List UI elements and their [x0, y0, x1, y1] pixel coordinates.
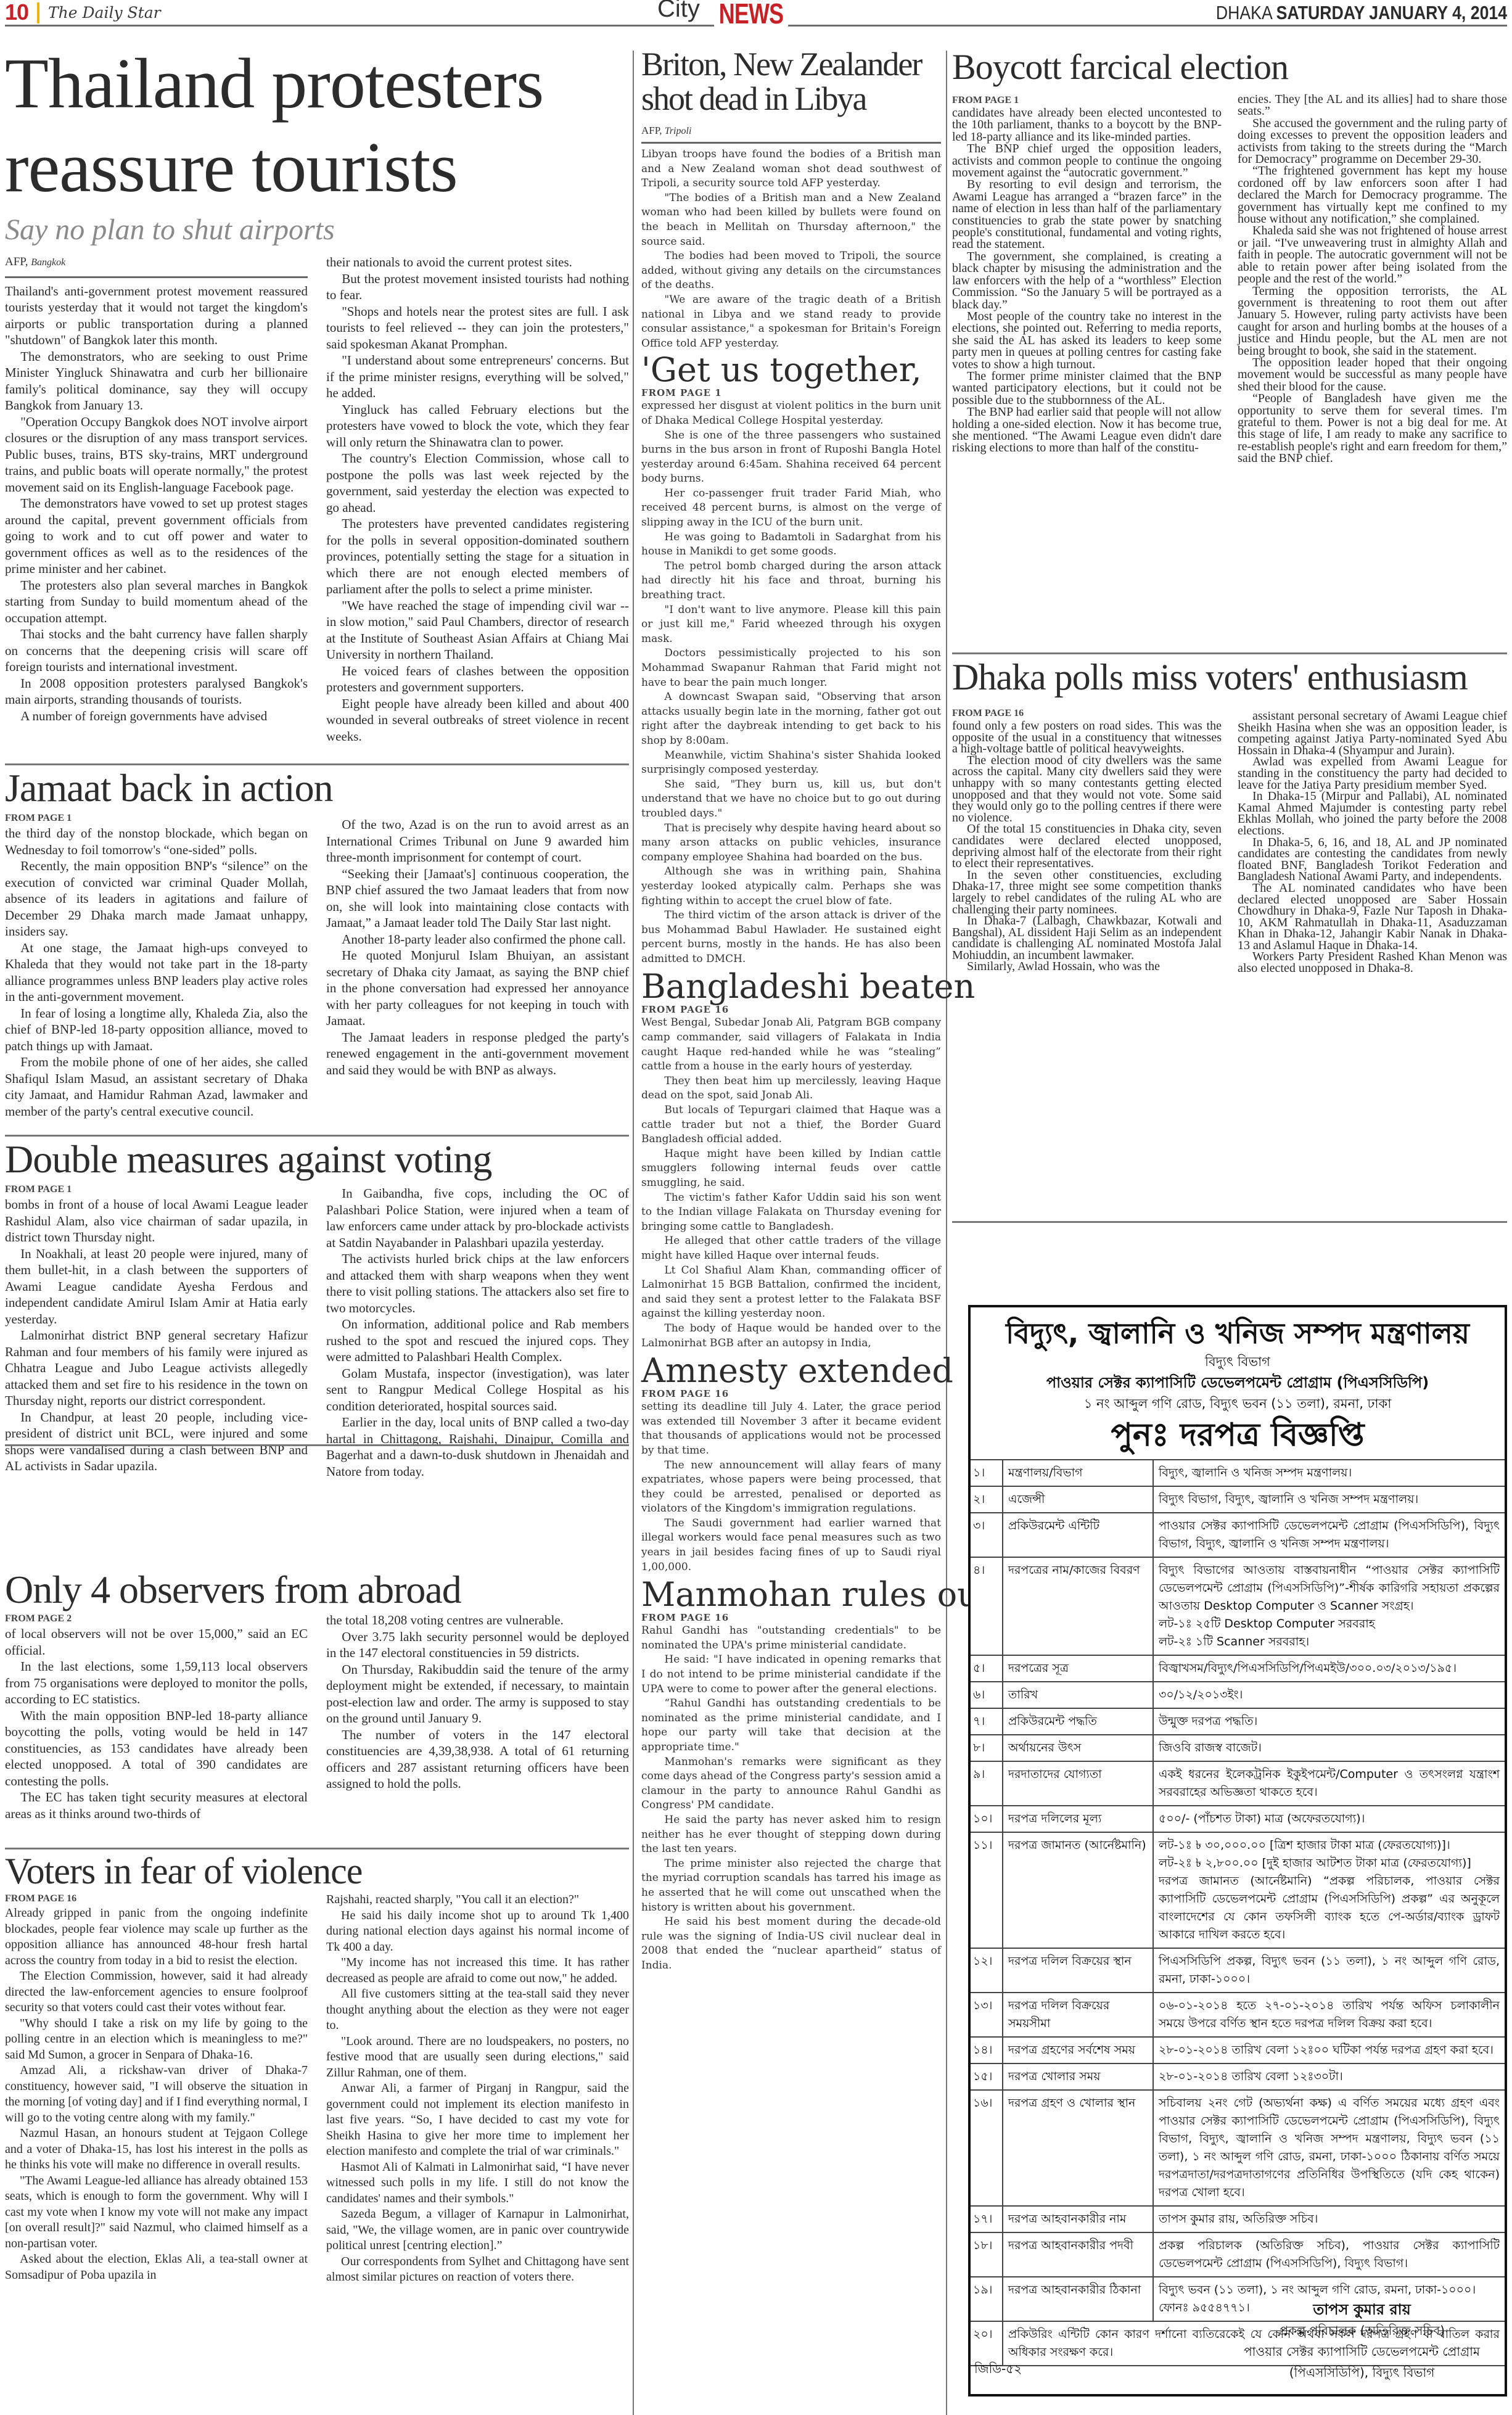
paragraph: The victim's father Kafor Uddin said his… — [641, 1191, 941, 1235]
tender-row: ৯।দরদাতাদের যোগ্যতাএকই ধরনের ইলেকট্রনিক … — [971, 1761, 1505, 1806]
headline: Dhaka polls miss voters' enthusiasm — [952, 659, 1507, 707]
paragraph: She said, "They burn us, kill us, but do… — [641, 778, 941, 821]
paragraph: Her co-passenger fruit trader Farid Miah… — [641, 487, 941, 530]
ad-division: বিদ্যুৎ বিভাগ — [971, 1352, 1505, 1372]
paragraph: Anwar Ali, a farmer of Pirganj in Rangpu… — [326, 2081, 629, 2160]
paragraph: He said: "I have indicated in opening re… — [641, 1653, 941, 1697]
article-column: FROM PAGE 16Already gripped in panic fro… — [5, 1892, 308, 2285]
paragraph: He said his daily income shot up to arou… — [326, 1908, 629, 1956]
article-body: Rahul Gandhi has "outstanding credential… — [641, 1624, 941, 1973]
paragraph: Rajshahi, reacted sharply, "You call it … — [326, 1892, 629, 1908]
paragraph: expressed her disgust at violent politic… — [641, 399, 941, 428]
paragraph: “People of Bangladesh have given me the … — [1238, 393, 1507, 464]
byline: AFP, Bangkok — [5, 254, 308, 278]
paragraph: “Seeking their [Jamaat's] continuous coo… — [326, 866, 629, 931]
paragraph: The EC has taken tight security measures… — [5, 1789, 308, 1822]
tender-row: ১।মন্ত্রণালয়/বিভাগবিদ্যুৎ, জ্বালানি ও খ… — [971, 1460, 1505, 1486]
paragraph: The bodies had been moved to Tripoli, th… — [641, 249, 941, 293]
from-page: FROM PAGE 2 — [5, 1612, 308, 1626]
article-column: FROM PAGE 16found only a few posters on … — [952, 707, 1222, 974]
article-column: FROM PAGE 1the third day of the nonstop … — [5, 812, 308, 1119]
paragraph: Most people of the country take no inter… — [952, 311, 1222, 371]
paragraph: On Thursday, Rakibuddin said the tenure … — [326, 1661, 629, 1727]
headline: Briton, New Zealander shot dead in Libya — [641, 47, 941, 116]
paragraph: Doctors pessimistically projected to his… — [641, 646, 941, 690]
paragraph: The body of Haque would be handed over t… — [641, 1322, 941, 1351]
paragraph: “The frightened government has kept my h… — [1238, 165, 1507, 225]
paragraph: In Noakhali, at least 20 people were inj… — [5, 1246, 308, 1328]
article-body: West Bengal, Subedar Jonab Ali, Patgram … — [641, 1016, 941, 1351]
paragraph: The AL nominated candidates who have bee… — [1238, 882, 1507, 952]
paragraph: of local observers will not be over 15,0… — [5, 1626, 308, 1658]
paragraph: He said the party has never asked him to… — [641, 1813, 941, 1857]
headline: Voters in fear of violence — [5, 1853, 629, 1892]
headline: Jamaat back in action — [5, 768, 629, 812]
paragraph: Another 18-party leader also confirmed t… — [326, 931, 629, 948]
paragraph: Our correspondents from Sylhet and Chitt… — [326, 2254, 629, 2285]
paragraph: Recently, the main opposition BNP's “sil… — [5, 858, 308, 940]
ad-address: ১ নং আব্দুল গণি রোড, বিদ্যুৎ ভবন (১১ তলা… — [971, 1394, 1505, 1413]
paragraph: Libyan troops have found the bodies of a… — [641, 147, 941, 191]
paragraph: Khaleda said she was not frightened of h… — [1238, 225, 1507, 285]
paragraph: "We are aware of the tragic death of a B… — [641, 293, 941, 351]
from-page: FROM PAGE 1 — [952, 94, 1222, 107]
paragraph: Thai stocks and the baht currency have f… — [5, 626, 308, 675]
tender-row: ৩।প্রকিউরমেন্ট এন্টিটিপাওয়ার সেক্টর ক্য… — [971, 1513, 1505, 1557]
ad-signature: তাপস কুমার রায় প্রকল্প পরিচালক (অতিরিক্… — [1244, 2299, 1480, 2383]
paragraph: Already gripped in panic from the ongoin… — [5, 1906, 308, 1969]
article-separator — [952, 1221, 1507, 1223]
tender-row: ৮।অর্থায়নের উৎসজিওবি রাজস্ব বাজেট। — [971, 1735, 1505, 1761]
paragraph: "Why should I take a risk on my life by … — [5, 2016, 308, 2063]
article-voters: Voters in fear of violence FROM PAGE 16A… — [5, 1853, 629, 2285]
article-body: Libyan troops have found the bodies of a… — [641, 147, 941, 351]
paragraph: Similarly, Awlad Hossain, who was the — [952, 961, 1222, 973]
paragraph: Of the two, Azad is on the run to avoid … — [326, 817, 629, 866]
paragraph: "The bodies of a British man and a New Z… — [641, 191, 941, 249]
paragraph: "We have reached the stage of impending … — [326, 598, 629, 663]
article-column: FROM PAGE 1candidates have already been … — [952, 94, 1222, 465]
tender-row: ৪।দরপত্রের নাম/কাজের বিবরণবিদ্যুৎ বিভাগে… — [971, 1557, 1505, 1655]
paragraph: Thailand's anti-government protest movem… — [5, 283, 308, 348]
column-divider-right — [946, 51, 947, 2415]
paragraph: The activists hurled brick chips at the … — [326, 1251, 629, 1316]
tender-row: ৫।দরপত্রের সূত্রবিজ্বাখসম/বিদ্যুৎ/পিএসসি… — [971, 1655, 1505, 1682]
paragraph: The new announcement will allay fears of… — [641, 1458, 941, 1516]
page-number: 10 — [5, 0, 28, 25]
article-separator — [5, 763, 629, 765]
article-libya: Briton, New Zealander shot dead in Libya… — [641, 47, 941, 1973]
paper-logo: The Daily Star — [48, 2, 161, 23]
paragraph: "The Awami League-led alliance has alrea… — [5, 2173, 308, 2252]
paragraph: encies. They [the AL and its allies] had… — [1238, 94, 1507, 118]
paragraph: He alleged that other cattle traders of … — [641, 1234, 941, 1263]
paragraph: In Dhaka-5, 6, 16, and 18, AL and JP nom… — [1238, 837, 1507, 882]
paragraph: In Dhaka-7 (Lalbagh, Chawkbazar, Kotwali… — [952, 915, 1222, 961]
article-boycott: Boycott farcical election FROM PAGE 1can… — [952, 49, 1507, 465]
paragraph: At one stage, the Jamaat high-ups convey… — [5, 940, 308, 1005]
headline: Thailand protesters — [5, 48, 629, 132]
masthead-divider — [37, 2, 39, 23]
paragraph: In Gaibandha, five cops, including the O… — [326, 1185, 629, 1251]
paragraph: "Operation Occupy Bangkok does NOT invol… — [5, 414, 308, 496]
article-separator — [952, 652, 1507, 654]
headline-get-us-together: 'Get us together, — [641, 353, 941, 387]
headline-amnesty-extended: Amnesty extended — [641, 1354, 941, 1388]
article-body: setting its deadline till July 4. Later,… — [641, 1400, 941, 1574]
tender-row: ১১।দরপত্র জামানত (আর্নেষ্টমানি)লট-১ঃ ৳ ৩… — [971, 1832, 1505, 1948]
article-column: Rajshahi, reacted sharply, "You call it … — [326, 1892, 629, 2285]
paragraph: Sazeda Begum, a villager of Karnapur in … — [326, 2207, 629, 2254]
paragraph: The BNP had earlier said that people wil… — [952, 406, 1222, 455]
tender-advertisement: বিদ্যুৎ, জ্বালানি ও খনিজ সম্পদ মন্ত্রণাল… — [968, 1305, 1507, 2396]
paragraph: candidates have already been elected unc… — [952, 107, 1222, 143]
ad-program: পাওয়ার সেক্টর ক্যাপাসিটি ডেভেলপমেন্ট প্… — [971, 1372, 1505, 1394]
paragraph: found only a few posters on road sides. … — [952, 720, 1222, 755]
paragraph: bombs in front of a house of local Awami… — [5, 1196, 308, 1246]
tender-row: ১০।দরপত্র দলিলের মূল্য৫০০/- (পাঁচশত টাকা… — [971, 1806, 1505, 1832]
paragraph: He quoted Monjurul Islam Bhuiyan, an ass… — [326, 947, 629, 1029]
paragraph: The protesters also plan several marches… — [5, 577, 308, 627]
headline: Boycott farcical election — [952, 49, 1507, 94]
paragraph: He voiced fears of clashes between the o… — [326, 663, 629, 696]
edition-date: DHAKA SATURDAY JANUARY 4, 2014 — [1210, 2, 1507, 23]
paragraph: assistant personal secretary of Awami Le… — [1238, 710, 1507, 756]
paragraph: Over 3.75 lakh security personnel would … — [326, 1629, 629, 1661]
from-page: FROM PAGE 16 — [952, 707, 1222, 720]
tender-row: ২।এজেন্সীবিদ্যুৎ বিভাগ, বিদ্যুৎ, জ্বালান… — [971, 1486, 1505, 1513]
tender-row: ১৪।দরপত্র গ্রহণের সর্বশেষ সময়২৮-০১-২০১৪… — [971, 2037, 1505, 2063]
paragraph: Earlier in the day, local units of BNP c… — [326, 1414, 629, 1479]
ad-ministry: বিদ্যুৎ, জ্বালানি ও খনিজ সম্পদ মন্ত্রণাল… — [971, 1315, 1505, 1352]
headline: reassure tourists — [5, 132, 629, 216]
article-jamaat: Jamaat back in action FROM PAGE 1the thi… — [5, 768, 629, 1119]
paragraph: their nationals to avoid the current pro… — [326, 254, 629, 271]
paragraph: By resorting to evil design and terroris… — [952, 179, 1222, 250]
paragraph: The protesters have prevented candidates… — [326, 516, 629, 598]
paragraph: In Dhaka-15 (Mirpur and Pallabi), AL nom… — [1238, 791, 1507, 836]
tender-row: ১৮।দরপত্র আহবানকারীর পদবীপ্রকল্প পরিচালক… — [971, 2232, 1505, 2277]
article-separator — [5, 1135, 629, 1137]
tender-row: ১৫।দরপত্র খোলার সময়২৮-০১-২০১৪ তারিখ বেল… — [971, 2063, 1505, 2090]
article-column: assistant personal secretary of Awami Le… — [1238, 707, 1507, 974]
paragraph: Haque might have been killed by Indian c… — [641, 1147, 941, 1191]
paragraph: Awlad was expelled from Awami League for… — [1238, 756, 1507, 791]
paragraph: On information, additional police and Ra… — [326, 1316, 629, 1365]
article-thailand: Thailand protesters reassure tourists Sa… — [5, 48, 629, 744]
tender-row: ৬।তারিখ৩০/১২/২০১৩ইং। — [971, 1682, 1505, 1708]
paragraph: "Shops and hotels near the protest sites… — [326, 303, 629, 353]
paragraph: Of the total 15 constituencies in Dhaka … — [952, 823, 1222, 869]
paragraph: The BNP chief urged the opposition leade… — [952, 143, 1222, 179]
article-dhaka-polls: Dhaka polls miss voters' enthusiasm FROM… — [952, 659, 1507, 974]
from-page: FROM PAGE 1 — [5, 812, 308, 825]
headline: Double measures against voting — [5, 1140, 629, 1183]
article-double-measures: Double measures against voting FROM PAGE… — [5, 1140, 629, 1479]
paragraph: The demonstrators, who are seeking to ou… — [5, 348, 308, 414]
paragraph: Terming the opposition terrorists, the A… — [1238, 286, 1507, 357]
headline-manmohan: Manmohan rules out — [641, 1578, 941, 1611]
paragraph: But the protest movement insisted touris… — [326, 271, 629, 303]
paragraph: Lalmonirhat district BNP general secreta… — [5, 1327, 308, 1409]
paragraph: From the mobile phone of one of her aide… — [5, 1054, 308, 1119]
section-news: NEWS — [714, 0, 788, 27]
paragraph: She accused the government and the rulin… — [1238, 118, 1507, 166]
headline: Only 4 observers from abroad — [5, 1570, 629, 1612]
paragraph: They then beat him up mercilessly, leavi… — [641, 1074, 941, 1103]
article-observers: Only 4 observers from abroad FROM PAGE 2… — [5, 1570, 629, 1822]
paragraph: Nazmul Hasan, an honours student at Tejg… — [5, 2126, 308, 2173]
paragraph: In the seven other constituencies, exclu… — [952, 870, 1222, 915]
tender-row: ১৭।দরপত্র আহবানকারীর নামতাপস কুমার রায়,… — [971, 2206, 1505, 2232]
article-column: FROM PAGE 2of local observers will not b… — [5, 1612, 308, 1822]
paragraph: With the main opposition BNP-led 18-part… — [5, 1708, 308, 1790]
from-page: FROM PAGE 16 — [5, 1892, 308, 1906]
paragraph: Workers Party President Rashed Khan Meno… — [1238, 951, 1507, 974]
tender-row: ১২।দরপত্র দলিল বিক্রয়ের স্থানপিএসসিডিপি… — [971, 1948, 1505, 1993]
paragraph: Eight people have already been killed an… — [326, 696, 629, 745]
paragraph: Rahul Gandhi has "outstanding credential… — [641, 1624, 941, 1653]
paragraph: A number of foreign governments have adv… — [5, 708, 308, 725]
section-city: City — [655, 0, 705, 21]
paragraph: The third victim of the arson attack is … — [641, 908, 941, 966]
ad-code: জিডি-৫২ — [974, 2360, 1022, 2380]
paragraph: "Look around. There are no loudspeakers,… — [326, 2034, 629, 2081]
paragraph: the total 18,208 voting centres are vuln… — [326, 1612, 629, 1629]
paragraph: But locals of Tepurgari claimed that Haq… — [641, 1103, 941, 1147]
paragraph: The number of voters in the 147 electora… — [326, 1727, 629, 1792]
paragraph: Hasmot Ali of Kalmati in Lalmonirhat sai… — [326, 2160, 629, 2207]
paragraph: In fear of losing a longtime ally, Khale… — [5, 1005, 308, 1055]
paragraph: All five customers sitting at the tea-st… — [326, 1986, 629, 2034]
paragraph: Meanwhile, victim Shahina's sister Shahi… — [641, 749, 941, 778]
paragraph: The petrol bomb charged during the arson… — [641, 559, 941, 603]
paragraph: Golam Mustafa, inspector (investigation)… — [326, 1365, 629, 1415]
headline-bangladeshi-beaten: Bangladeshi beaten — [641, 970, 941, 1003]
paragraph: She is one of the three passengers who s… — [641, 429, 941, 487]
paragraph: The election mood of city dwellers was t… — [952, 755, 1222, 824]
paragraph: The Saudi government had earlier warned … — [641, 1516, 941, 1574]
paragraph: The Election Commission, however, said i… — [5, 1969, 308, 2016]
paragraph: Asked about the election, Eklas Ali, a t… — [5, 2252, 308, 2283]
article-column: FROM PAGE 1bombs in front of a house of … — [5, 1183, 308, 1479]
article-column: encies. They [the AL and its allies] had… — [1238, 94, 1507, 465]
paragraph: Amzad Ali, a rickshaw-van driver of Dhak… — [5, 2063, 308, 2126]
paragraph: "My income has not increased this time. … — [326, 1955, 629, 1986]
paragraph: the third day of the nonstop blockade, w… — [5, 825, 308, 858]
paragraph: The opposition leader hoped that their o… — [1238, 357, 1507, 393]
paragraph: “Rahul Gandhi has outstanding credential… — [641, 1697, 941, 1755]
paragraph: He said his best moment during the decad… — [641, 1915, 941, 1973]
from-page: FROM PAGE 1 — [5, 1183, 308, 1196]
paragraph: In the last elections, some 1,59,113 loc… — [5, 1658, 308, 1708]
paragraph: The former prime minister claimed that t… — [952, 371, 1222, 406]
article-column: In Gaibandha, five cops, including the O… — [326, 1183, 629, 1479]
paragraph: He was going to Badamtoli in Sadarghat f… — [641, 530, 941, 559]
paragraph: The prime minister also rejected the cha… — [641, 1857, 941, 1915]
paragraph: The country's Election Commission, whose… — [326, 450, 629, 516]
deck: Say no plan to shut airports — [5, 213, 629, 247]
tender-row: ১৩।দরপত্র দলিল বিক্রয়ের সময়সীমা০৬-০১-২… — [971, 1993, 1505, 2037]
article-column: the total 18,208 voting centres are vuln… — [326, 1612, 629, 1822]
paragraph: Although she was in writhing pain, Shahi… — [641, 865, 941, 908]
paragraph: A downcast Swapan said, "Observing that … — [641, 690, 941, 748]
paragraph: The government, she complained, is creat… — [952, 251, 1222, 311]
paragraph: "I don't want to live anymore. Please ki… — [641, 603, 941, 647]
paragraph: Lt Col Shafiul Alam Khan, commanding off… — [641, 1264, 941, 1322]
ad-title: পুনঃ দরপত্র বিজ্ঞপ্তি — [971, 1413, 1505, 1457]
paragraph: Manmohan's remarks were significant as t… — [641, 1755, 941, 1813]
paragraph: "I understand about some entrepreneurs' … — [326, 352, 629, 401]
tender-row: ১৬।দরপত্র গ্রহণ ও খোলার স্থানসচিবালয় ২ন… — [971, 2090, 1505, 2206]
paragraph: That is precisely why despite having hea… — [641, 821, 941, 865]
paragraph: In 2008 opposition protesters paralysed … — [5, 675, 308, 708]
paragraph: The Jamaat leaders in response pledged t… — [326, 1029, 629, 1079]
article-separator — [5, 1444, 629, 1446]
article-body: expressed her disgust at violent politic… — [641, 399, 941, 966]
tender-table: ১।মন্ত্রণালয়/বিভাগবিদ্যুৎ, জ্বালানি ও খ… — [971, 1459, 1505, 2366]
column-divider-left — [633, 51, 634, 2415]
paragraph: The demonstrators have vowed to set up p… — [5, 495, 308, 577]
article-column: their nationals to avoid the current pro… — [326, 254, 629, 744]
paragraph: West Bengal, Subedar Jonab Ali, Patgram … — [641, 1016, 941, 1074]
tender-row: ৭।প্রকিউরমেন্ট পদ্ধতিউন্মুক্ত দরপত্র পদ্… — [971, 1708, 1505, 1735]
byline: AFP, Tripoli — [641, 125, 941, 144]
paragraph: In Chandpur, at least 20 people, includi… — [5, 1409, 308, 1475]
article-separator — [5, 1848, 629, 1849]
article-column: Of the two, Azad is on the run to avoid … — [326, 812, 629, 1119]
masthead: 10 The Daily Star City NEWS DHAKA SATURD… — [5, 0, 1507, 28]
article-column: AFP, Bangkok Thailand's anti-government … — [5, 254, 308, 744]
paragraph: Yingluck has called February elections b… — [326, 401, 629, 451]
paragraph: setting its deadline till July 4. Later,… — [641, 1400, 941, 1458]
